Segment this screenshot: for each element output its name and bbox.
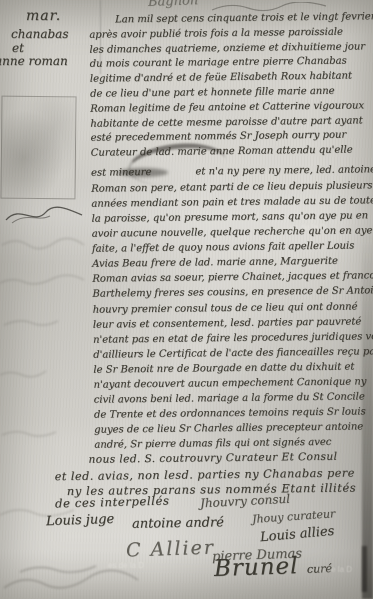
binding-dark-bar [362, 546, 367, 592]
signature-c-allier: C Allier [126, 536, 216, 561]
bleedthrough-writing [0, 558, 180, 598]
signature-louis-juge: Louis juge [46, 512, 115, 529]
closing-interpelles-text: de ces interpellés [55, 494, 170, 511]
watermark-fragment: es de la D [108, 561, 144, 570]
margin-note-act-type: mar. [26, 8, 61, 24]
flourish-swirl [2, 200, 86, 228]
watermark-fragment: es de la D [316, 565, 352, 574]
signature-brunel-cure: Brunel curé [214, 552, 333, 582]
signature-brunel-name: Brunel [214, 553, 299, 582]
signature-louis-allies: Louis allies [259, 524, 334, 545]
record-body-text: Lan mil sept cens cinquante trois et le … [89, 10, 373, 498]
record-line-fragment: est mineure [91, 166, 152, 182]
margin-note-bride-name: anne roman [0, 54, 68, 68]
margin-frame-box [0, 96, 76, 200]
header-fragment: Bagnon [148, 0, 199, 10]
scanned-parish-register-page: Bagnon mar. chanabas et anne roman Lan m… [0, 0, 373, 599]
signature-antoine-andre: antoine andré [132, 515, 224, 532]
binding-shadow-edge [362, 230, 373, 599]
record-body-lower: Roman son pere, etant parti de ce lieu d… [91, 178, 373, 498]
signature-curateur: Jhouy curateur [252, 507, 336, 526]
margin-note-conjunction: et [12, 41, 24, 55]
margin-note-groom-name: chanabas [11, 27, 68, 41]
watermark-fragment: es de la D [290, 223, 326, 232]
